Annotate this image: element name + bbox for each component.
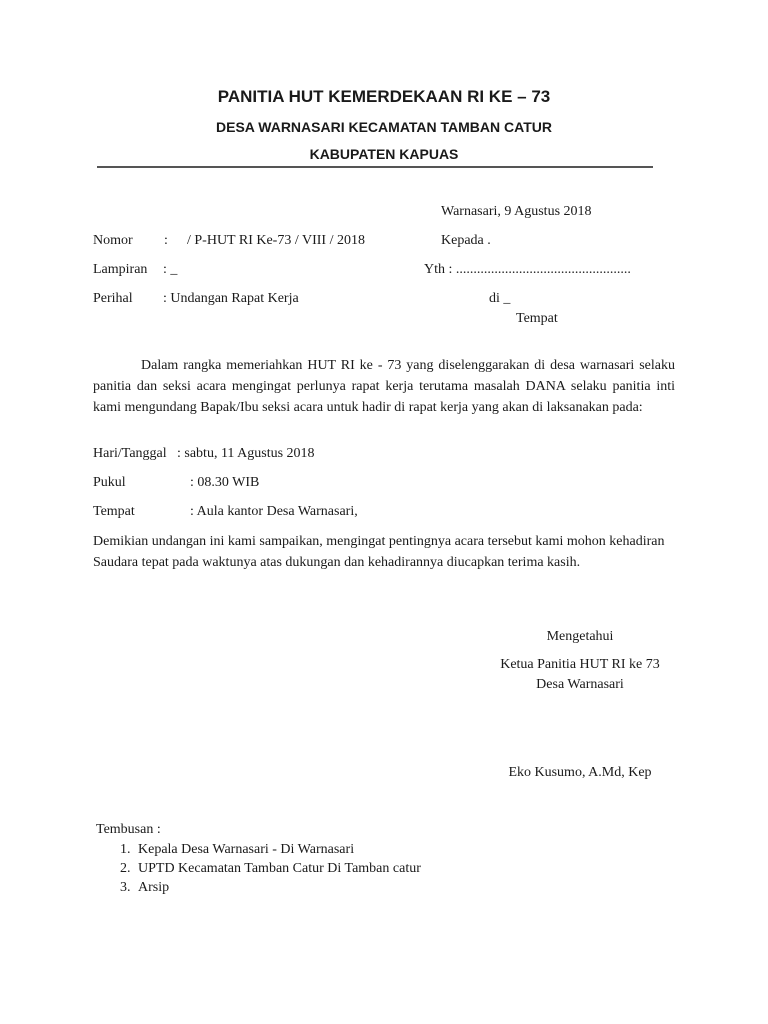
schedule-label: Hari/Tanggal	[93, 446, 167, 462]
recipient-yth: Yth : ..................................…	[424, 262, 631, 278]
letterhead-divider	[97, 166, 653, 168]
nomor-separator: :	[164, 233, 168, 249]
schedule-value: : sabtu, 11 Agustus 2018	[177, 446, 315, 462]
closing-paragraph: Demikian undangan ini kami sampaikan, me…	[93, 531, 675, 573]
recipient-tempat: Tempat	[516, 311, 558, 327]
recipient-di: di _	[489, 291, 510, 307]
schedule-value: : Aula kantor Desa Warnasari,	[190, 504, 358, 520]
cc-list: Kepala Desa Warnasari - Di Warnasari UPT…	[96, 840, 421, 897]
schedule-label: Pukul	[93, 475, 126, 491]
perihal-value: : Undangan Rapat Kerja	[163, 291, 299, 307]
signature-position: Ketua Panitia HUT RI ke 73	[470, 657, 690, 673]
perihal-label: Perihal	[93, 291, 133, 307]
body-paragraph: Dalam rangka memeriahkan HUT RI ke - 73 …	[93, 355, 675, 418]
signature-acknowledged: Mengetahui	[470, 629, 690, 645]
schedule-value: : 08.30 WIB	[190, 475, 259, 491]
letterhead-title: PANITIA HUT KEMERDEKAAN RI KE – 73	[0, 87, 768, 107]
letterhead-region: KABUPATEN KAPUAS	[0, 146, 768, 162]
place-date: Warnasari, 9 Agustus 2018	[441, 204, 592, 220]
signature-organization: Desa Warnasari	[470, 677, 690, 693]
cc-item: Arsip	[134, 878, 421, 897]
lampiran-value: : _	[163, 262, 177, 278]
cc-label: Tembusan :	[96, 822, 161, 838]
nomor-value: / P-HUT RI Ke-73 / VIII / 2018	[187, 233, 365, 249]
cc-item: Kepala Desa Warnasari - Di Warnasari	[134, 840, 421, 859]
recipient-kepada: Kepada .	[441, 233, 491, 249]
letterhead-subtitle: DESA WARNASARI KECAMATAN TAMBAN CATUR	[0, 119, 768, 135]
lampiran-label: Lampiran	[93, 262, 147, 278]
cc-item: UPTD Kecamatan Tamban Catur Di Tamban ca…	[134, 859, 421, 878]
nomor-label: Nomor	[93, 233, 133, 249]
signature-name: Eko Kusumo, A.Md, Kep	[470, 765, 690, 781]
schedule-label: Tempat	[93, 504, 135, 520]
